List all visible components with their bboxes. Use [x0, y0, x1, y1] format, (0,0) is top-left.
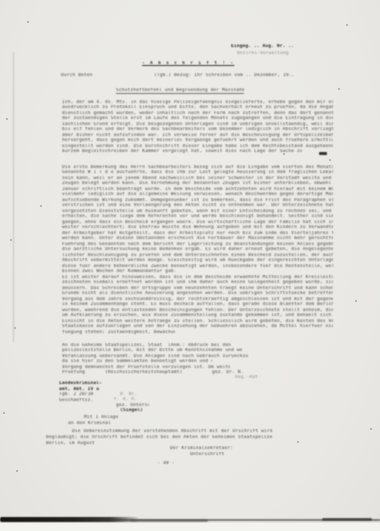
scan-strip-mid [130, 519, 208, 522]
scan-strip-right-blob [322, 518, 372, 522]
scan-strip-dark-left [0, 517, 138, 522]
scanned-page: Eingeg. .. Aug. Nr. ..Bezirks-Verwaltung… [0, 0, 380, 531]
scan-bottom-margin [0, 523, 380, 531]
scanner-edge-artifacts [0, 0, 380, 531]
